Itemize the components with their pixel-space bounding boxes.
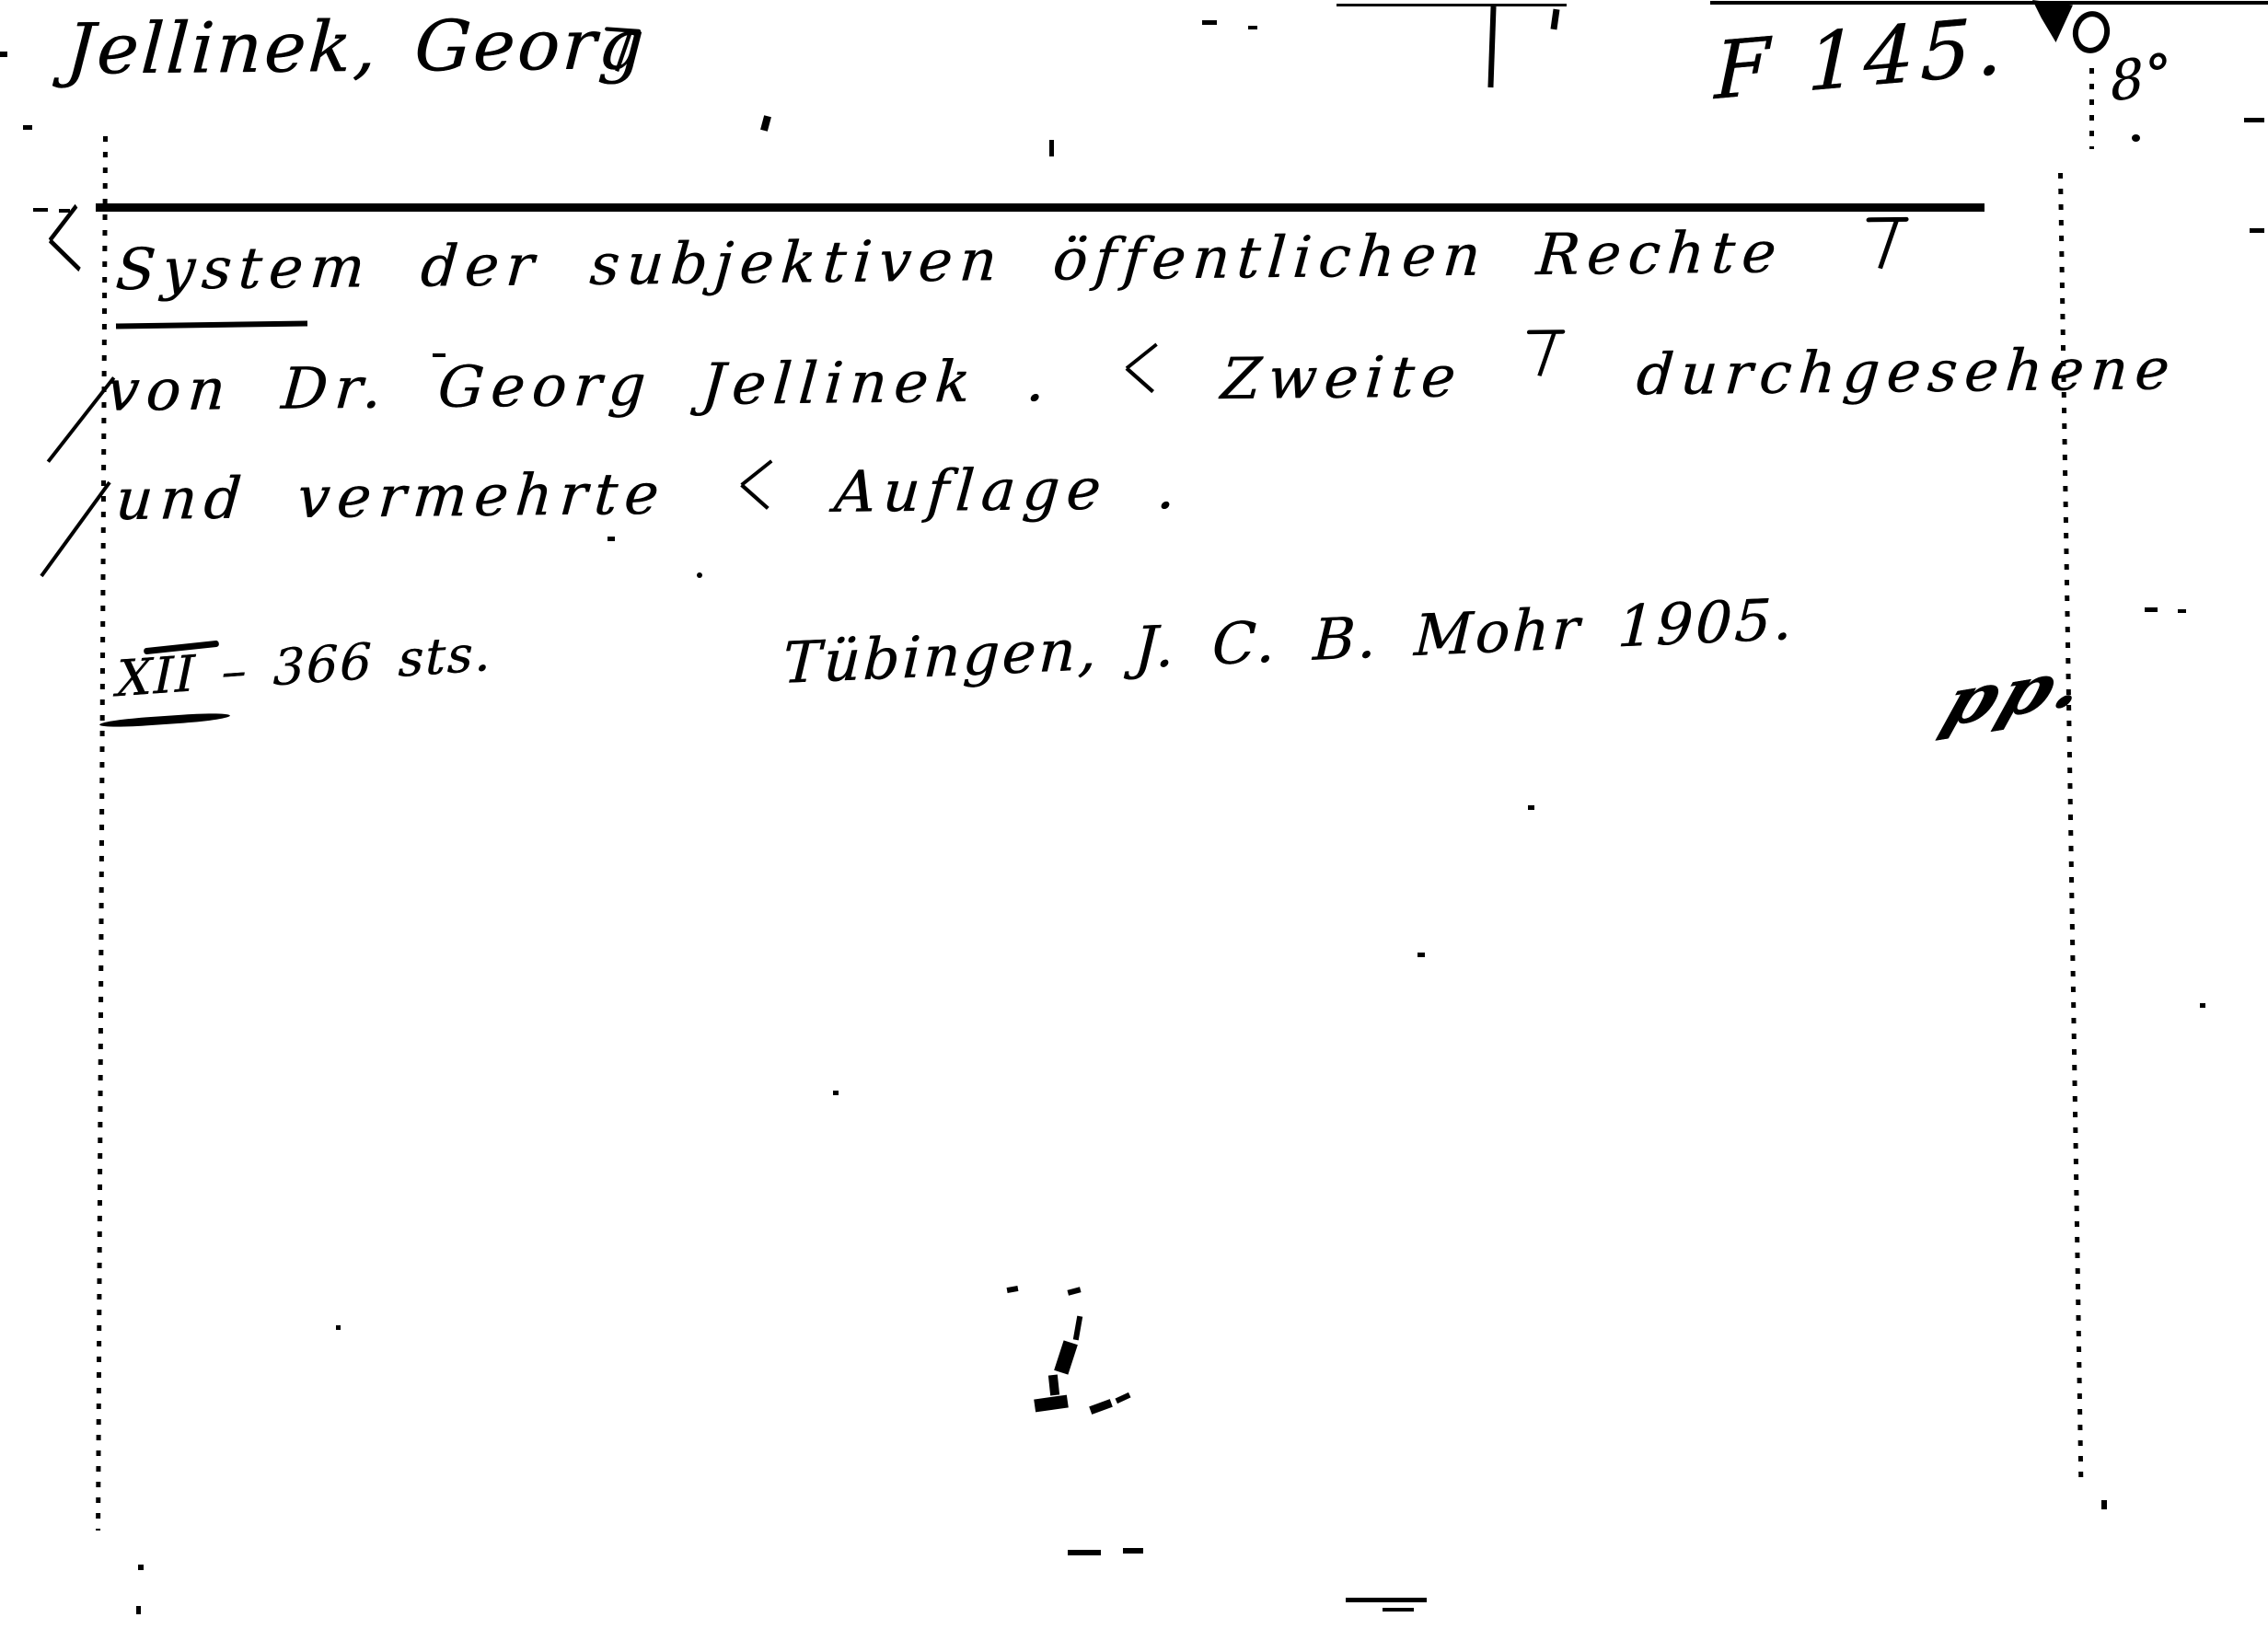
publication-line: Tübingen, J. C. B. Mohr 1905. xyxy=(781,585,1796,697)
title-line-2: von Dr. Georg Jellinek . Zweite durchges… xyxy=(104,335,2179,424)
call-number: F 145. xyxy=(1714,0,2009,118)
ink-speck xyxy=(433,353,445,357)
ink-blot-icon xyxy=(2032,0,2073,42)
note-pp: pp. xyxy=(1933,642,2100,743)
ink-speck xyxy=(760,115,771,132)
insert-mark-close-icon xyxy=(1862,217,1909,273)
ink-speck xyxy=(1417,953,1425,957)
ink-speck xyxy=(607,537,615,541)
ink-speck xyxy=(0,52,7,57)
ink-speck xyxy=(1528,805,1534,810)
author-heading: Jellinek, Georg xyxy=(64,3,649,90)
scan-edge-line-top-mid xyxy=(1336,4,1567,6)
catalog-card: Jellinek, Georg F 145. 8° System der sub… xyxy=(0,0,2268,1629)
ink-speck xyxy=(1383,1608,1414,1612)
title-line-1-text: System der subjektiven öffentlichen Rech… xyxy=(113,218,1786,303)
title-line-2-inserted-word: Zweite xyxy=(1219,342,1465,412)
ink-speck xyxy=(2200,1003,2205,1008)
insert-mark-open-icon xyxy=(737,454,775,511)
ink-speck xyxy=(1202,20,1217,25)
header-rule xyxy=(96,203,1984,212)
ink-speck xyxy=(136,1606,141,1614)
scan-tick-mark xyxy=(1487,6,1496,87)
title-word-underline xyxy=(116,321,307,329)
format-mark: 8° xyxy=(2108,40,2176,114)
title-line-2-suffix: durchgesehene xyxy=(1634,335,2179,408)
ink-ring-icon xyxy=(2069,7,2114,56)
insert-mark-close-icon xyxy=(602,27,642,76)
ink-speck xyxy=(2178,609,2186,613)
ink-speck xyxy=(138,1565,144,1570)
collation-underline xyxy=(99,711,230,729)
left-margin-dotted-line xyxy=(96,136,108,1531)
ink-speck xyxy=(2244,118,2264,122)
ink-speck xyxy=(2101,1500,2107,1509)
title-line-1: System der subjektiven öffentlichen Rech… xyxy=(113,217,1921,304)
title-line-3-prefix: und vermehrte xyxy=(113,460,668,533)
ink-speck xyxy=(1123,1548,1143,1554)
shelfmark-dotted-line xyxy=(2089,68,2094,149)
ink-speck xyxy=(2145,607,2158,612)
ink-speck xyxy=(23,125,32,130)
insert-mark-open-icon xyxy=(46,197,83,277)
ink-speck xyxy=(2250,228,2264,233)
ink-speck xyxy=(1248,26,1257,29)
ink-speck xyxy=(1049,140,1054,156)
ink-speck xyxy=(2132,134,2140,142)
pencil-smudge xyxy=(1001,1281,1176,1445)
title-line-3: und vermehrte Auflage . xyxy=(113,455,1186,533)
ink-speck xyxy=(1551,9,1560,30)
insert-mark-open-icon xyxy=(1123,338,1161,395)
ink-speck xyxy=(1346,1598,1427,1602)
ink-speck xyxy=(833,1091,839,1095)
ink-speck xyxy=(336,1325,341,1330)
collation: XII – 366 sts. xyxy=(116,624,492,709)
ink-speck xyxy=(1068,1550,1101,1555)
title-line-3-word: Auflage . xyxy=(832,455,1186,526)
title-line-2-prefix: von Dr. Georg Jellinek . xyxy=(104,347,1055,424)
ink-speck xyxy=(697,572,702,578)
insert-mark-close-icon xyxy=(1523,329,1566,379)
